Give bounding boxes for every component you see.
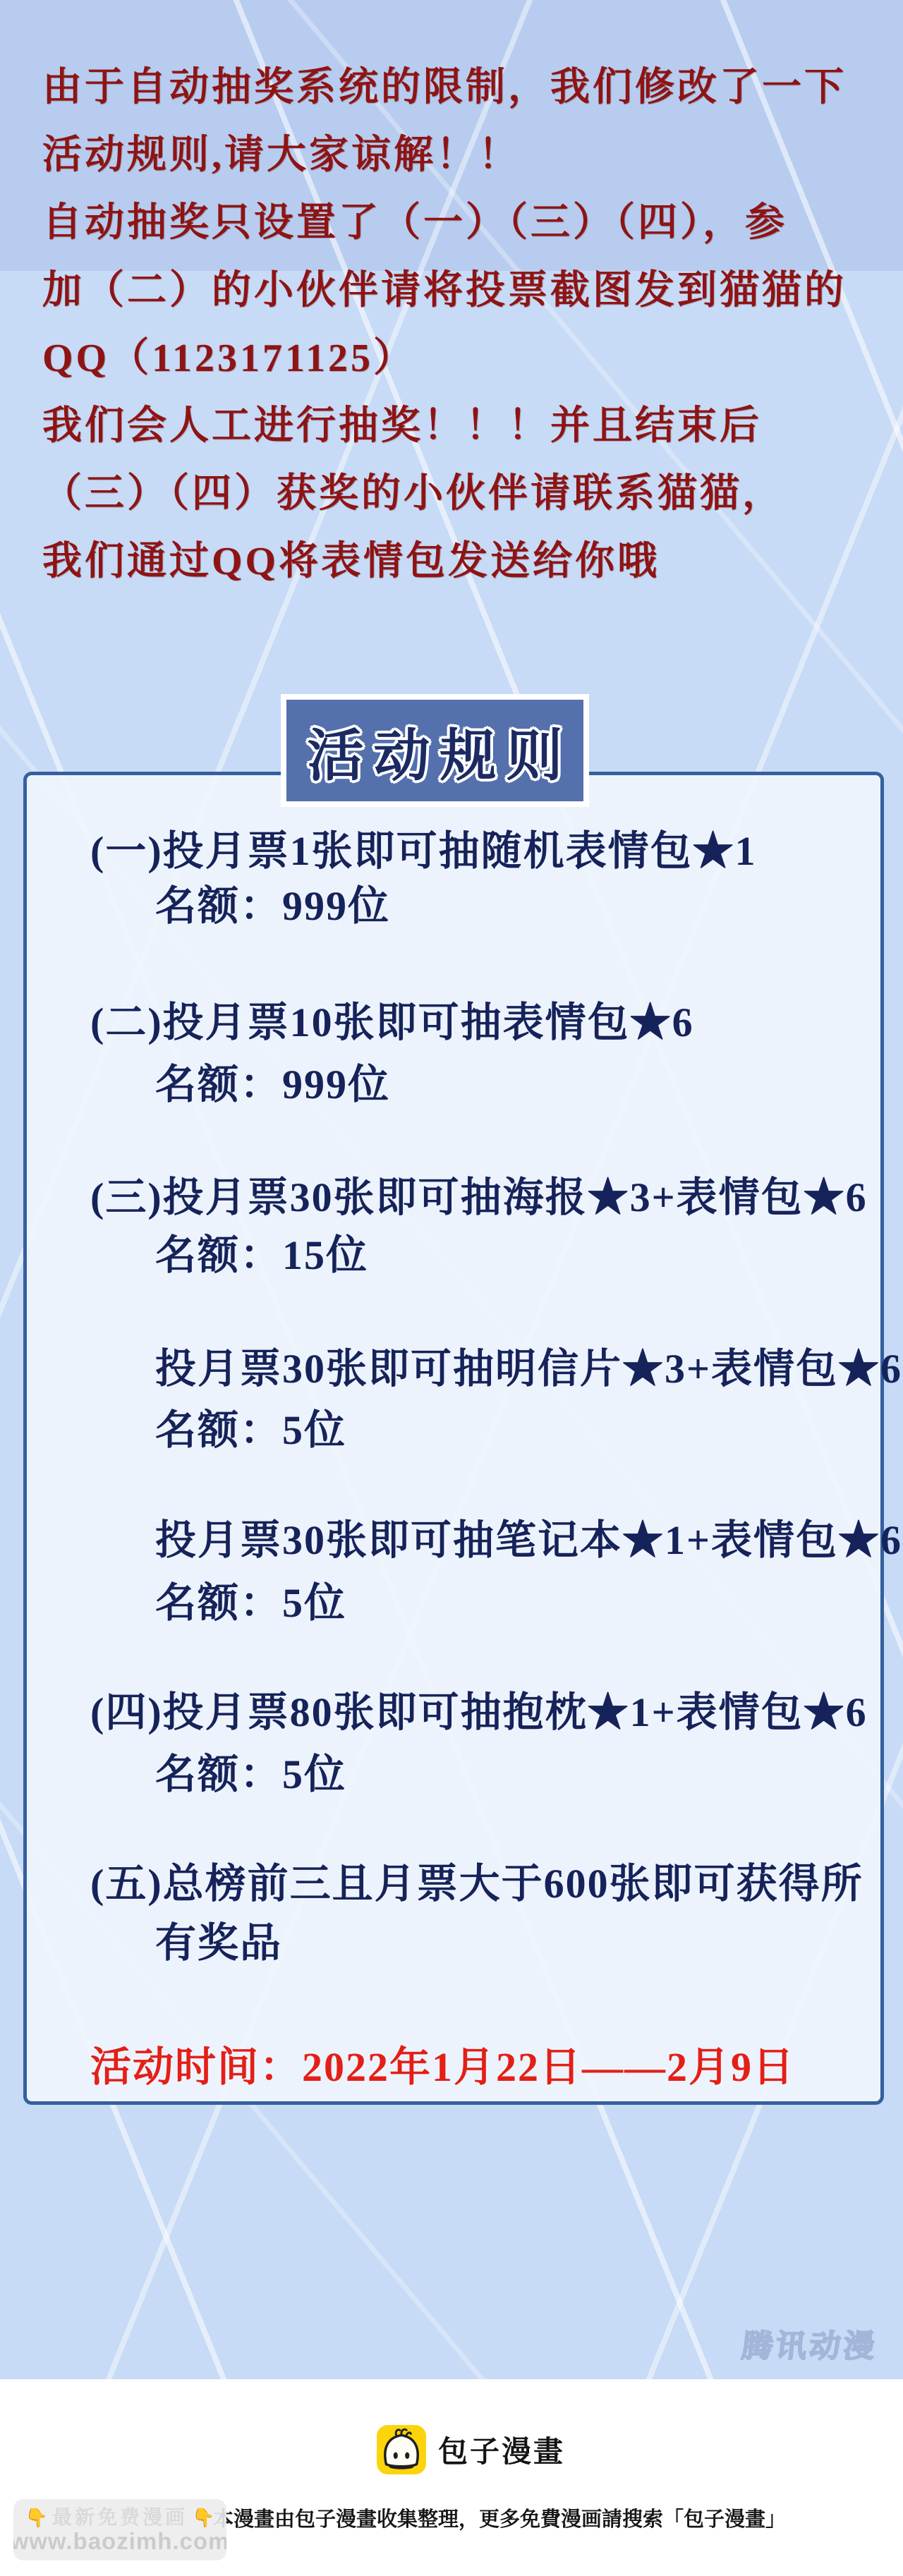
baozimh-watermark-title: 👇 最新免费漫画 👇 xyxy=(25,2506,215,2529)
rule-line: (三)投月票30张即可抽海报★3+表情包★6 xyxy=(90,1173,868,1222)
rule-line-continuation: 有奖品 xyxy=(155,1919,282,1968)
rule-line: 投月票30张即可抽明信片★3+表情包★6 xyxy=(155,1344,902,1394)
intro-paragraph: 由于自动抽奖系统的限制，我们修改了一下 活动规则,请大家谅解！！ 自动抽奖只设置… xyxy=(42,54,864,595)
intro-line: 我们会人工进行抽奖！！！并且结束后 xyxy=(42,392,864,460)
intro-line: （三）（四）获奖的小伙伴请联系猫猫， xyxy=(42,460,864,528)
intro-line: 由于自动抽奖系统的限制，我们修改了一下 xyxy=(42,54,864,121)
rule-line: 投月票30张即可抽笔记本★1+表情包★6 xyxy=(155,1516,902,1565)
point-down-emoji: 👇 xyxy=(192,2506,214,2529)
baozi-brand-name: 包子漫畫 xyxy=(438,2429,565,2471)
activity-time: 活动时间：2022年1月22日——2月9日 xyxy=(90,2034,795,2093)
baozi-brand: 包子漫畫 xyxy=(376,2424,565,2475)
intro-line: 活动规则,请大家谅解！！ xyxy=(42,121,864,189)
rule-line: (一)投月票1张即可抽随机表情包★1 xyxy=(90,827,757,876)
rule-quota: 名额：5位 xyxy=(155,1579,346,1628)
rules-banner-title: 活动规则 xyxy=(298,710,573,791)
tencent-comics-watermark: 腾讯动漫 xyxy=(740,2321,880,2366)
intro-line: 自动抽奖只设置了（一）（三）（四），参 xyxy=(42,189,864,257)
rule-quota: 名额：15位 xyxy=(155,1231,368,1280)
rule-line: (二)投月票10张即可抽表情包★6 xyxy=(90,998,694,1047)
intro-line-qq: QQ（1123171125） xyxy=(42,324,864,392)
rule-quota: 名额：5位 xyxy=(155,1750,346,1799)
announcement-poster: 由于自动抽奖系统的限制，我们修改了一下 活动规则,请大家谅解！！ 自动抽奖只设置… xyxy=(0,0,903,2576)
collector-note: 本漫畫由包子漫畫收集整理，更多免費漫画請搜索「包子漫畫」 xyxy=(213,2503,786,2532)
baozimh-watermark-box: 👇 最新免费漫画 👇 www.baozimh.com xyxy=(13,2499,226,2560)
rule-line: (四)投月票80张即可抽抱枕★1+表情包★6 xyxy=(90,1688,868,1737)
intro-line: 我们通过QQ将表情包发送给你哦 xyxy=(42,528,864,595)
intro-line: 加（二）的小伙伴请将投票截图发到猫猫的 xyxy=(42,257,864,324)
rule-line: (五)总榜前三且月票大于600张即可获得所 xyxy=(90,1859,863,1909)
baozi-app-icon xyxy=(376,2424,427,2475)
rules-banner: 活动规则 xyxy=(281,694,589,807)
rule-quota: 名额：999位 xyxy=(155,882,390,931)
baozimh-url: www.baozimh.com xyxy=(13,2529,226,2554)
rule-quota: 名额：999位 xyxy=(155,1060,390,1110)
baozimh-watermark-text: 最新免费漫画 xyxy=(52,2506,188,2529)
rule-quota: 名额：5位 xyxy=(155,1406,346,1455)
point-down-emoji: 👇 xyxy=(25,2506,48,2529)
